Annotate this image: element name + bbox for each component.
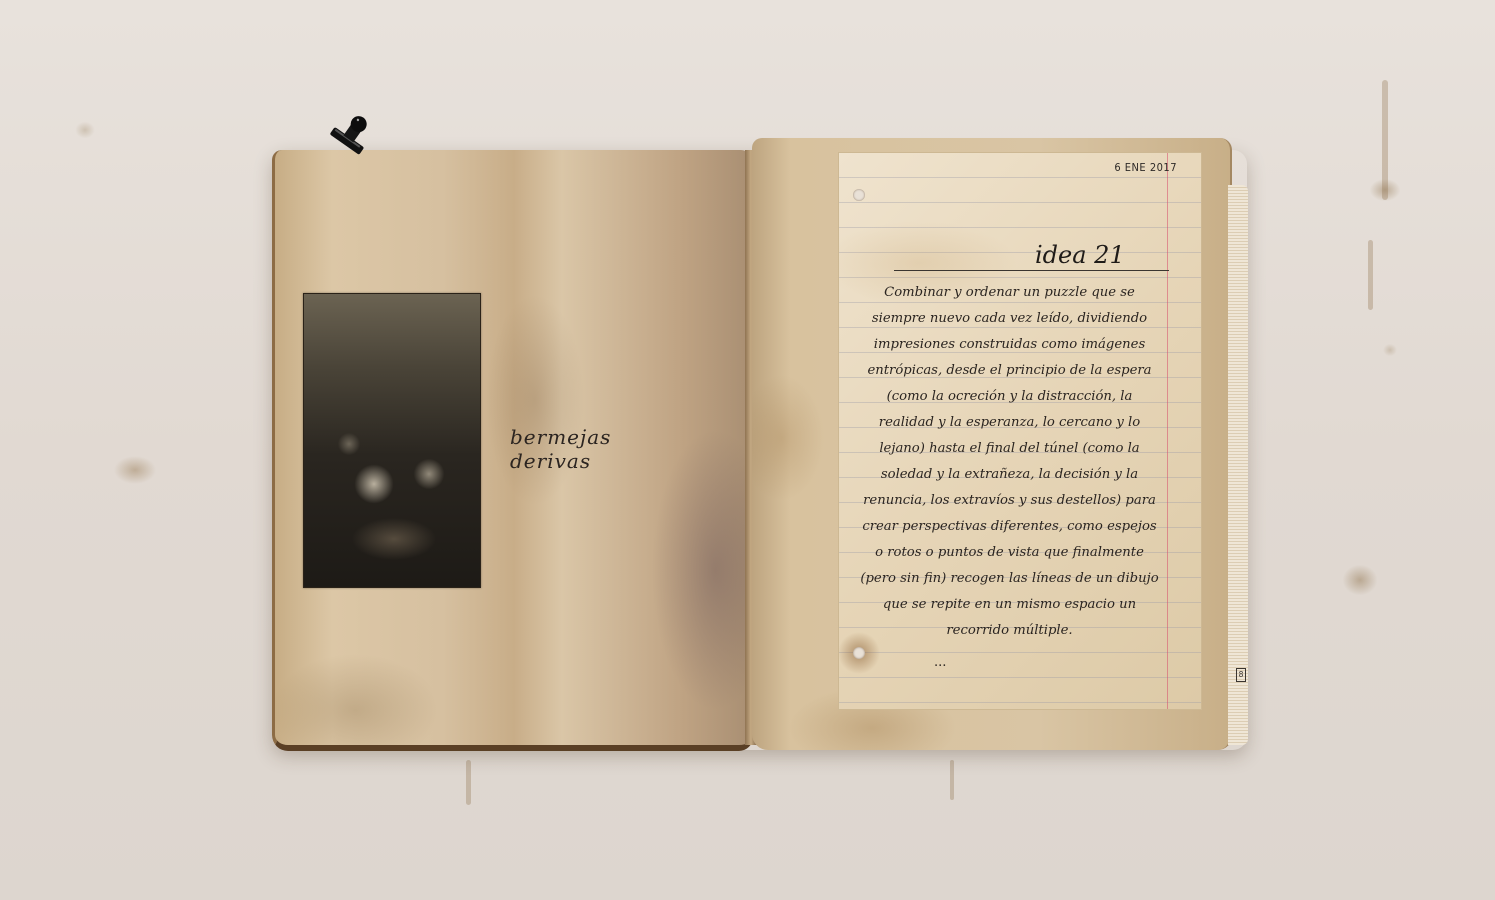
page-marker: 8 bbox=[1236, 668, 1246, 682]
stain-drip bbox=[950, 760, 954, 800]
binder-clip-icon bbox=[320, 110, 380, 170]
stain-drip bbox=[1368, 240, 1373, 310]
margin-line bbox=[1167, 153, 1168, 709]
dandelion-photo: Black and white photograph of dandelion … bbox=[303, 293, 481, 588]
note-title: idea 21 bbox=[1035, 241, 1125, 269]
stain-drip bbox=[1382, 80, 1388, 200]
note-body: Combinar y ordenar un puzzle que se siem… bbox=[857, 280, 1162, 644]
title-underline bbox=[894, 270, 1169, 271]
note-ellipsis: ... bbox=[934, 655, 946, 670]
lined-note-sheet: 6 ENE 2017 idea 21 Combinar y ordenar un… bbox=[838, 152, 1202, 710]
page-edges bbox=[1228, 185, 1248, 745]
punch-hole bbox=[853, 189, 865, 201]
punch-hole bbox=[853, 647, 865, 659]
date-stamp: 6 ENE 2017 bbox=[1114, 161, 1177, 174]
handwritten-title: bermejas derivas bbox=[510, 425, 710, 473]
stain-drip bbox=[466, 760, 471, 805]
